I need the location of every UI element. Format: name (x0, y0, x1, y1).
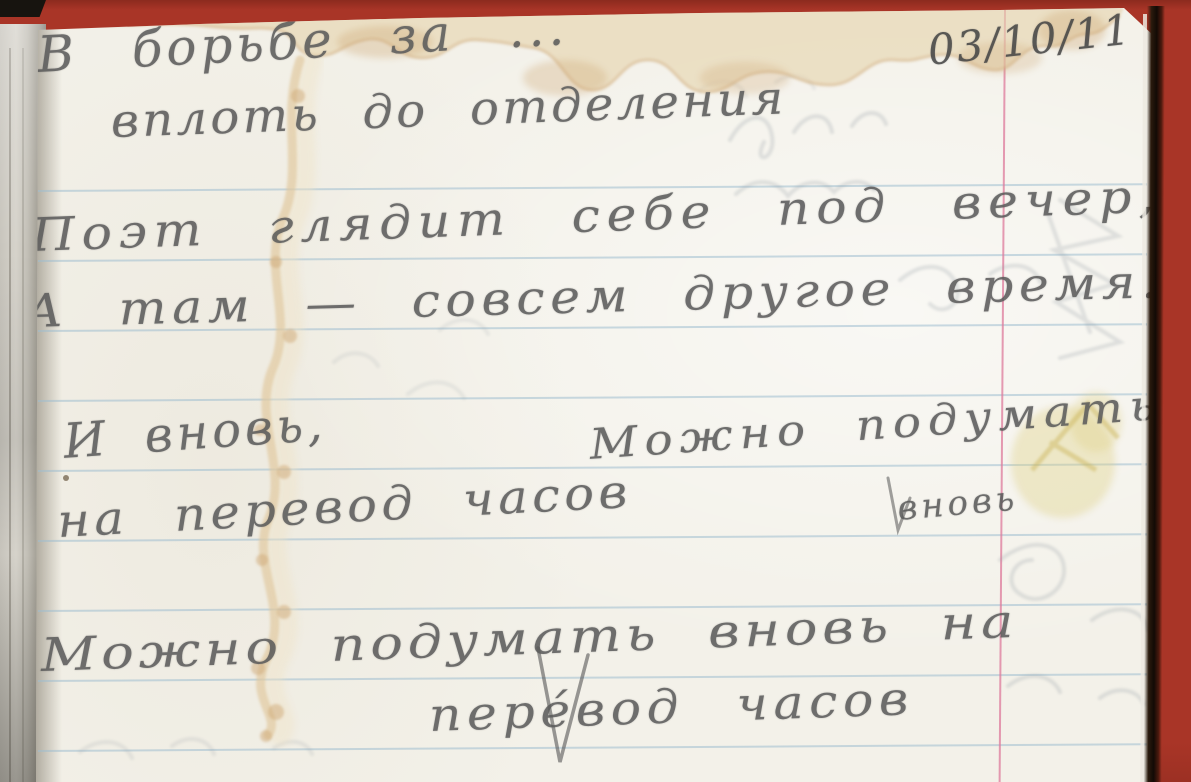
ruled-line (38, 743, 1147, 752)
hw-line-5-left: И вновь, (62, 400, 328, 466)
hw-line-4: А там — совсем другое время. (24, 258, 1163, 334)
hw-line-6: на перевод часов (56, 468, 633, 544)
hw-date: 03/10/11 (926, 9, 1134, 72)
hw-line-5-insert: вновь (896, 481, 1019, 525)
hw-line-8: пере́вод часов (428, 675, 914, 738)
cover-corner-shadow (0, 0, 46, 17)
gutter-crease (9, 48, 11, 782)
hw-line-3: Поэт глядит себе под вечер, (30, 173, 1161, 258)
hw-line-2: вплоть до отделения (110, 74, 787, 144)
notebook-page: В борьбе за ...вплоть до отделения03/10/… (0, 0, 1191, 782)
notebook-scan: В борьбе за ...вплоть до отделения03/10/… (0, 0, 1191, 782)
page-edge-gap-shadow (1144, 6, 1165, 782)
paper-speck (63, 475, 69, 481)
gutter-crease (22, 48, 24, 782)
